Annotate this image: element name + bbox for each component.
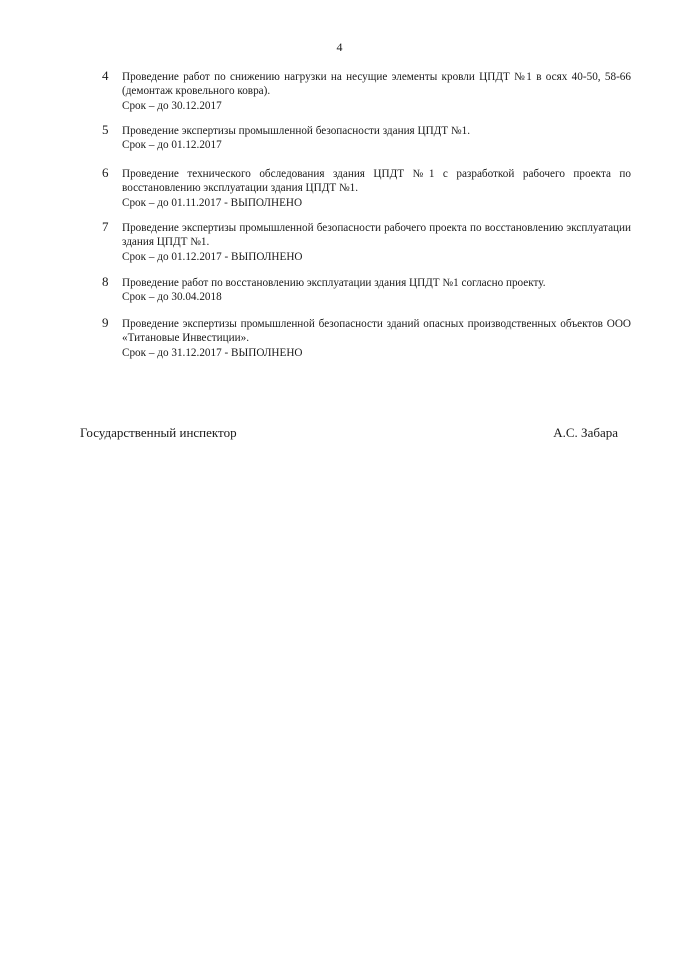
list-item: 8 Проведение работ по восстановлению экс…: [100, 276, 631, 305]
item-deadline: Срок – до 31.12.2017 - ВЫПОЛНЕНО: [122, 346, 631, 360]
item-description: Проведение экспертизы промышленной безоп…: [122, 221, 631, 250]
list-item: 4 Проведение работ по снижению нагрузки …: [100, 70, 631, 113]
item-number: 5: [102, 123, 109, 137]
signatory-name: А.С. Забара: [553, 425, 618, 441]
list-item: 7 Проведение экспертизы промышленной без…: [100, 221, 631, 264]
page-number: 4: [0, 40, 679, 55]
item-deadline: Срок – до 01.12.2017 - ВЫПОЛНЕНО: [122, 250, 631, 264]
item-number: 8: [102, 275, 109, 289]
list-item: 9 Проведение экспертизы промышленной без…: [100, 317, 631, 360]
item-number: 6: [102, 166, 109, 180]
item-description: Проведение технического обследования зда…: [122, 167, 631, 196]
item-number: 7: [102, 220, 109, 234]
item-description: Проведение работ по восстановлению экспл…: [122, 276, 631, 290]
signatory-position: Государственный инспектор: [80, 425, 237, 441]
item-description: Проведение работ по снижению нагрузки на…: [122, 70, 631, 99]
item-number: 4: [102, 69, 109, 83]
item-deadline: Срок – до 30.12.2017: [122, 99, 631, 113]
item-deadline: Срок – до 01.12.2017: [122, 138, 631, 152]
item-deadline: Срок – до 30.04.2018: [122, 290, 631, 304]
list-item: 6 Проведение технического обследования з…: [100, 167, 631, 210]
item-description: Проведение экспертизы промышленной безоп…: [122, 124, 631, 138]
item-deadline: Срок – до 01.11.2017 - ВЫПОЛНЕНО: [122, 196, 631, 210]
item-description: Проведение экспертизы промышленной безоп…: [122, 317, 631, 346]
item-number: 9: [102, 316, 109, 330]
signature-block: Государственный инспектор А.С. Забара: [80, 425, 618, 441]
list-item: 5 Проведение экспертизы промышленной без…: [100, 124, 631, 153]
